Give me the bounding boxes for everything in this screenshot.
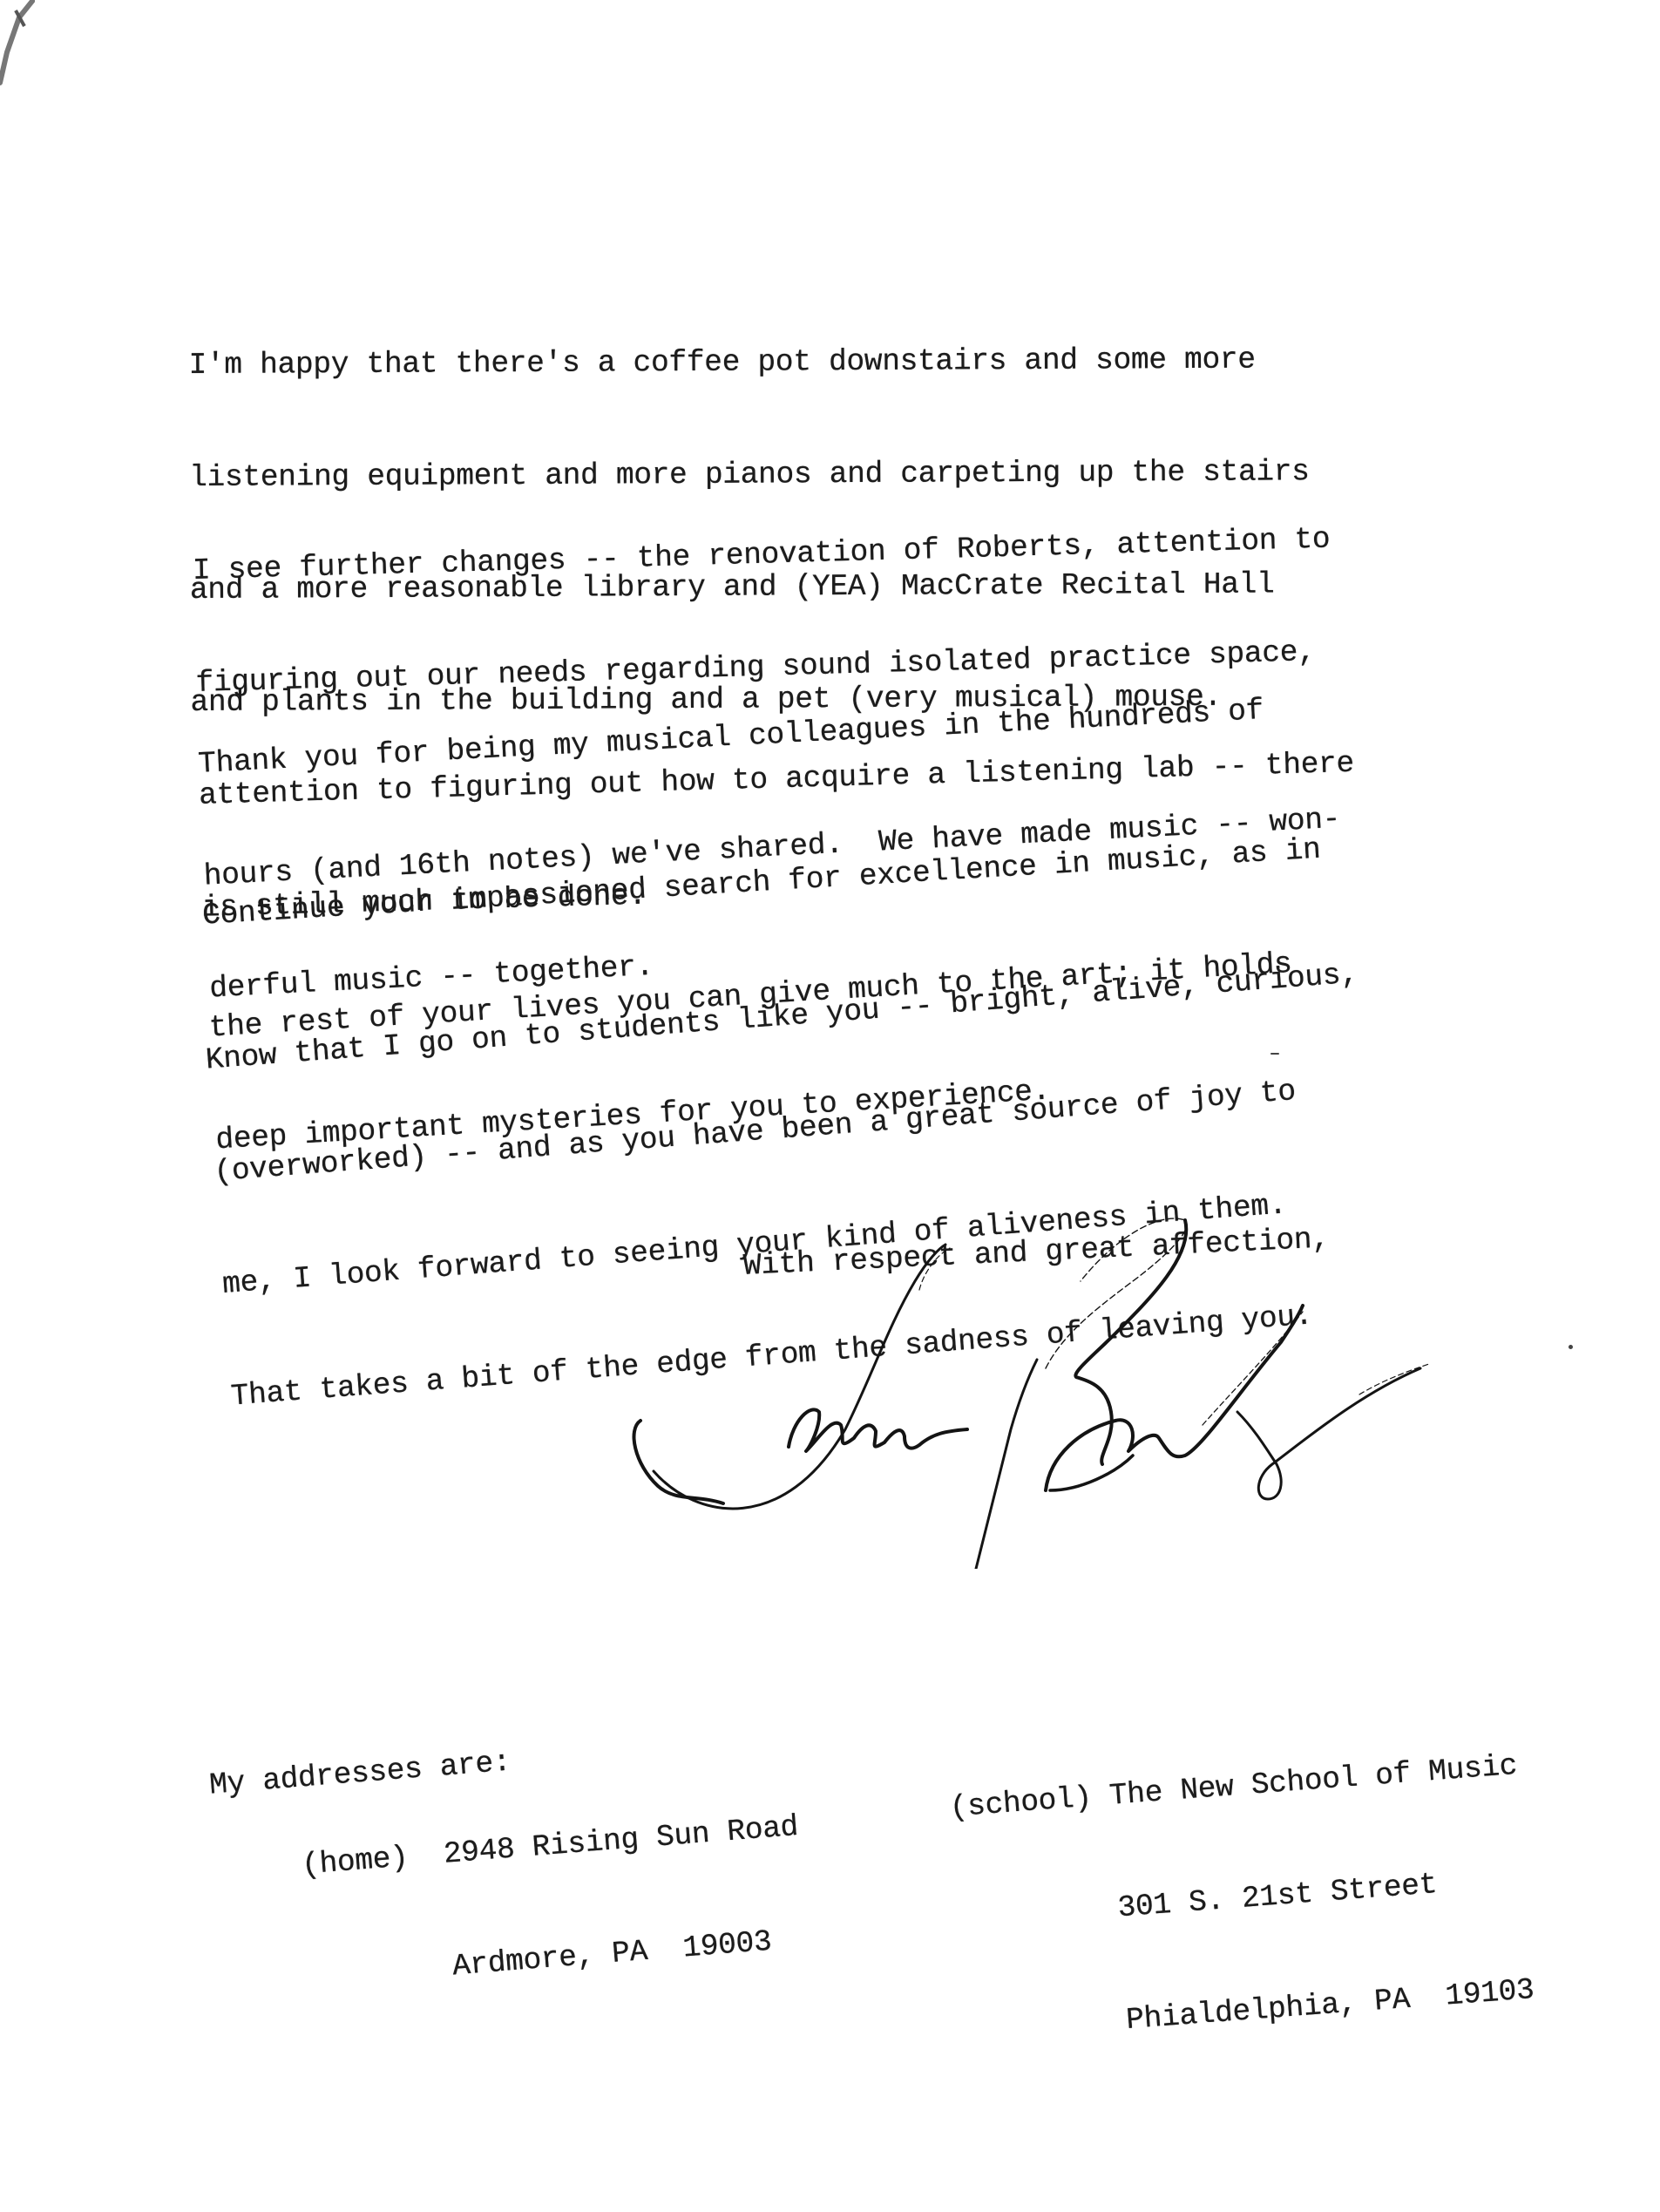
- home-address: (home) 2948 Rising Sun Road Ardmore, PA …: [295, 1734, 815, 2072]
- letter-page: I'm happy that there's a coffee pot down…: [0, 0, 1660, 2212]
- stray-mark: [1270, 1053, 1279, 1055]
- paragraph-line: I'm happy that there's a coffee pot down…: [188, 341, 1309, 384]
- home-address-line-2: Ardmore, PA 19003: [309, 1921, 809, 1998]
- school-address-line-3: Phialdelphia, PA 19103: [966, 1971, 1535, 2052]
- school-address: (school) The New School of Music 301 S. …: [943, 1673, 1541, 2127]
- home-label: (home): [301, 1841, 410, 1883]
- corner-pen-mark-icon: [0, 0, 35, 87]
- school-city: Phialdelphia, PA 19103: [1125, 1973, 1535, 2038]
- school-name: The New School of Music: [1108, 1749, 1519, 1814]
- home-city: Ardmore, PA 19003: [451, 1925, 773, 1985]
- stray-mark: [1569, 1345, 1573, 1349]
- school-address-line-1: (school) The New School of Music: [948, 1747, 1518, 1828]
- school-address-line-2: 301 S. 21st Street: [957, 1859, 1527, 1939]
- school-street: 301 S. 21st Street: [1116, 1868, 1438, 1925]
- school-label: (school): [949, 1781, 1094, 1826]
- home-address-line-1: (home) 2948 Rising Sun Road: [301, 1808, 800, 1885]
- handwritten-signature-icon: [593, 1203, 1429, 1569]
- home-street: 2948 Rising Sun Road: [443, 1810, 800, 1872]
- paragraph-line: Know that I go on to students like you -…: [204, 955, 1359, 1079]
- paragraph-line: I see further changes -- the renovation …: [192, 520, 1348, 590]
